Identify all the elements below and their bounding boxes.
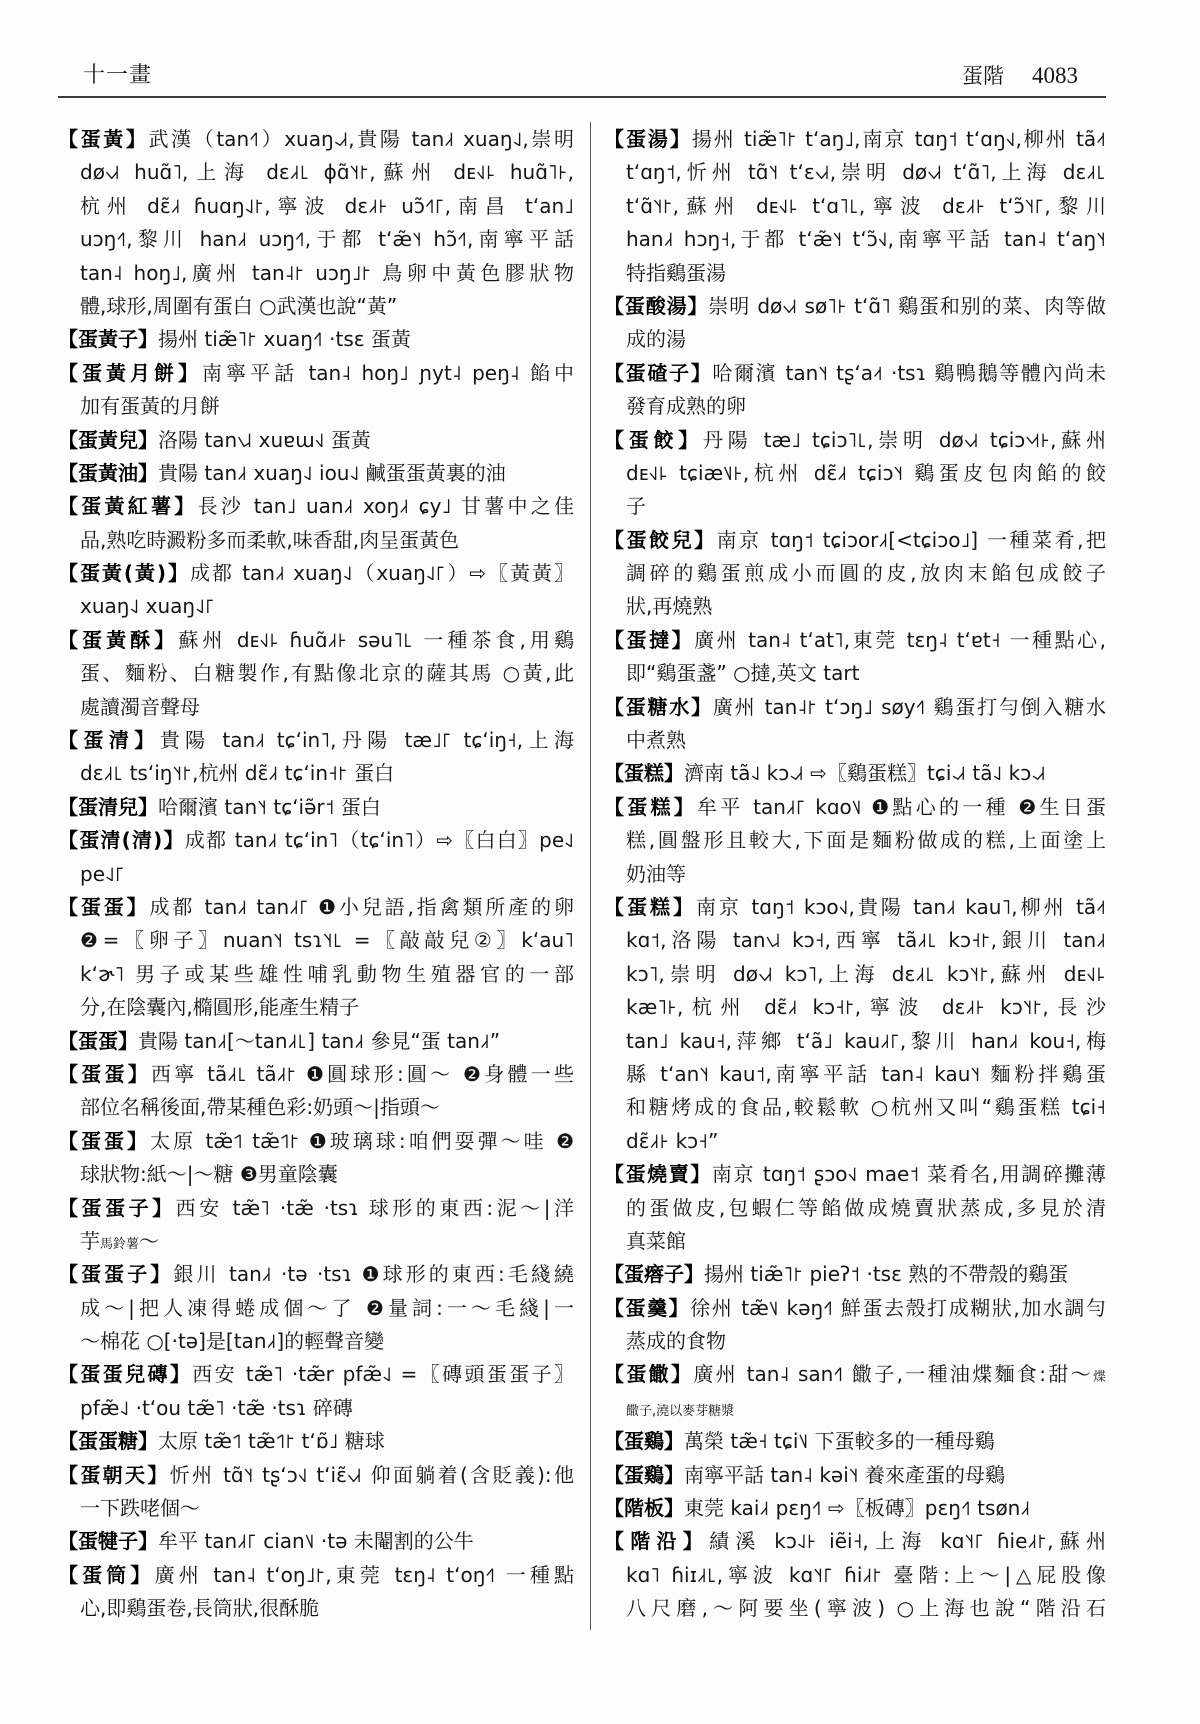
entry-line: 的蛋做皮,包蝦仁等餡做成燒賣狀蒸成,多見於清	[604, 1192, 1106, 1225]
entry-line: 【蛋餃兒】南京 tɑŋ˦ tɕiɔor˩˧[<tɕiɔo˩] 一種菜肴,把	[604, 524, 1106, 557]
entry-headword: 【蛋糖水】	[604, 695, 713, 719]
dictionary-entry: 【蛋鷄】南寧平話 tan˨ kəi˥˧ 養來產蛋的母鷄	[604, 1459, 1106, 1492]
entry-line: 球狀物:紙～|～糖 ❸男童陰囊	[58, 1158, 574, 1191]
entry-line: 【蛋蛋】太原 tæ̃˦˥ tæ̃˦˥꜓ ❶玻璃球:咱們耍彈～哇 ❷	[58, 1125, 574, 1158]
entry-line: 杭州 dɛ̃˩˧ ɦuɑŋ˨˩꜓,寧波 dɛ˩˧꜔ uɔ̃˧˥꜒,南昌 tʻan…	[58, 190, 574, 223]
entry-headword: 【階板】	[604, 1496, 684, 1520]
dictionary-entry: 【蛋饊】廣州 tan˨ san˧˥ 饊子,一種油煠麵食:甜～煠 饊子,澆以麥芽糖…	[604, 1358, 1106, 1425]
entry-text: 蘇州 dᴇ˧˩꜕ ɦuɑ̃˩˧꜔ səu˥꜖ 一種茶食,用鷄	[178, 628, 574, 652]
dictionary-entry: 【蛋黃紅薯】長沙 tan˩ uan˩˧ xoŋ˩˧ ɕy˩ 甘薯中之佳 品,熟吃…	[58, 490, 574, 557]
entry-headword: 【蛋清兒】	[58, 795, 158, 819]
entry-line: 【蛋蛋】貴陽 tan˩˧[～tan˩˧꜖] tan˩˧ 參見“蛋 tan˩˧”	[58, 1025, 574, 1058]
entry-line: pfæ̃˨˩ ·tʻou tæ̃˥ ·tæ̃ ·tsɿ 碎磚	[58, 1392, 574, 1425]
entry-line: dᴇ˧˩꜕ tɕiæ˥˩꜔,杭州 dɛ̃˩˧ tɕiɔ˥˧ 鷄蛋皮包肉餡的餃	[604, 457, 1106, 490]
entry-text: 廣州 tan˨ tʻat˥,東莞 tɛŋ˨ tʻɐt˧ 一種點心,	[694, 628, 1106, 652]
entry-line: 【蛋清】貴陽 tan˩˧ tɕʻin˥,丹陽 tæ˩꜒ tɕʻiŋ˧,上海	[58, 724, 574, 757]
dictionary-entry: 【蛋蛋子】西安 tæ̃˥ ·tæ̃ ·tsɿ 球形的東西:泥～|洋 芋馬鈴薯～	[58, 1192, 574, 1259]
entry-headword: 【蛋𤺥子】	[604, 1262, 704, 1286]
dictionary-entry: 【蛋碴子】哈爾濱 tan˥˧ tʂʻa˨˦ ·tsɿ 鷄鴨鵝等體內尚未 發育成熟…	[604, 357, 1106, 424]
dictionary-entry: 【蛋黃月餅】南寧平話 tan˨ hoŋ˩ ɲyt˨ peŋ˨ 餡中 加有蛋黃的月…	[58, 357, 574, 424]
entry-text: 廣州 tan˨꜓ tʻɔŋ˩ søy˧˥ 鷄蛋打勻倒入糖水	[713, 695, 1106, 719]
entry-headword: 【蛋黃酥】	[58, 628, 178, 652]
entry-line: 即“鷄蛋盞” ○撻,英文 tart	[604, 657, 1106, 690]
entry-line: dɛ̃˩˧꜔ kɔ˧”	[604, 1125, 1106, 1158]
dictionary-entry: 【蛋黃兒】洛陽 tan˦˩˨ xuɐɯ˧˩ 蛋黃	[58, 424, 574, 457]
entry-line: 特指鷄蛋湯	[604, 257, 1106, 290]
entry-headword: 【蛋蛋子】	[58, 1196, 176, 1220]
entry-line: 【蛋蛋】成都 tan˩˧ tan˩˧꜒ ❶小兒語,指禽類所產的卵	[58, 891, 574, 924]
entry-headword: 【蛋黃油】	[58, 461, 158, 485]
entry-text: 南京 tɑŋ˦ kɔo˧˩,貴陽 tan˩˧ kau˥,柳州 tã˨˦	[696, 895, 1106, 919]
entry-line: kɔ˥,崇明 dø˧˩˧ kɔ˥,上海 dɛ˩˧꜖ kɔ˥˧꜓,蘇州 dᴇ˧˩꜕	[604, 958, 1106, 991]
dictionary-entry: 【蛋黃子】揚州 tiæ̃˥꜓ xuaŋ˧˥ ·tsɛ 蛋黃	[58, 323, 574, 356]
entry-line: kæ˥꜔,杭州 dɛ̃˩˧ kɔ˧꜓,寧波 dɛ˩˧꜔ kɔ˥˧꜓,長沙	[604, 991, 1106, 1024]
entry-text: 萬榮 tæ̃˧ tɕi˥˩ 下蛋較多的一種母鷄	[684, 1429, 995, 1453]
entry-headword: 【蛋清】	[58, 728, 160, 752]
entry-headword: 【蛋黃子】	[58, 327, 158, 351]
entry-headword: 【蛋黃紅薯】	[58, 494, 198, 518]
entry-headword: 【蛋糕】	[604, 895, 696, 919]
entry-line: 品,熟吃時澱粉多而柔軟,味香甜,肉呈蛋黃色	[58, 524, 574, 557]
entry-text: 貴陽 tan˩˧ xuaŋ˨˩ iou˨˩ 鹹蛋蛋黃裏的油	[158, 461, 506, 485]
entry-headword: 【蛋饊】	[604, 1362, 693, 1386]
entry-headword: 【階沿】	[604, 1529, 709, 1553]
entry-text: 貴陽 tan˩˧[～tan˩˧꜖] tan˩˧ 參見“蛋 tan˩˧”	[138, 1029, 500, 1053]
entry-text: 西寧 tã˩˧꜖ tã˩˧꜓ ❶圓球形:圓～ ❷身體一些	[151, 1062, 574, 1086]
dictionary-entry: 【蛋糖水】廣州 tan˨꜓ tʻɔŋ˩ søy˧˥ 鷄蛋打勻倒入糖水 中煮熟	[604, 691, 1106, 758]
entry-line: 【蛋筒】廣州 tan˨ tʻoŋ˩꜓,東莞 tɛŋ˨ tʻoŋ˧˥ 一種點	[58, 1559, 574, 1592]
entry-line: 芋馬鈴薯～	[58, 1225, 574, 1258]
entry-headword: 【蛋黃】	[58, 127, 148, 151]
dictionary-entry: 【蛋筒】廣州 tan˨ tʻoŋ˩꜓,東莞 tɛŋ˨ tʻoŋ˧˥ 一種點 心,…	[58, 1559, 574, 1626]
entry-line: 【蛋蛋子】西安 tæ̃˥ ·tæ̃ ·tsɿ 球形的東西:泥～|洋	[58, 1192, 574, 1225]
entry-line: 【蛋蛋子】銀川 tan˩˧ ·tə ·tsɿ ❶球形的東西:毛綫繞	[58, 1258, 574, 1291]
entry-line: 【蛋糕】南京 tɑŋ˦ kɔo˧˩,貴陽 tan˩˧ kau˥,柳州 tã˨˦	[604, 891, 1106, 924]
entry-headword: 【蛋蛋】	[58, 1062, 151, 1086]
entry-line: 【蛋酸湯】崇明 dø˧˩˧ sø˥꜔ tʻɑ̃˥ 鷄蛋和别的菜、肉等做	[604, 290, 1106, 323]
running-head-section: 十一畫	[83, 62, 152, 90]
entry-headword: 【蛋鷄】	[604, 1429, 684, 1453]
entry-headword: 【蛋蛋兒磚】	[58, 1362, 192, 1386]
gloss-note: 饊子,澆以麥芽糖漿	[626, 1404, 734, 1419]
dictionary-entry: 【蛋餃兒】南京 tɑŋ˦ tɕiɔor˩˧[<tɕiɔo˩] 一種菜肴,把 調碎…	[604, 524, 1106, 624]
header-rule	[58, 96, 1106, 98]
dictionary-entry: 【蛋湯】揚州 tiæ̃˥꜓ tʻaŋ˩,南京 tɑŋ˦ tʻɑŋ˧˩,柳州 tã…	[604, 123, 1106, 290]
entry-line: 加有蛋黃的月餅	[58, 390, 574, 423]
dictionary-entry: 【蛋蛋】成都 tan˩˧ tan˩˧꜒ ❶小兒語,指禽類所產的卵 ❷=〖卵子〗n…	[58, 891, 574, 1025]
entry-headword: 【蛋撻】	[604, 628, 694, 652]
dictionary-entry: 【蛋黃酥】蘇州 dᴇ˧˩꜕ ɦuɑ̃˩˧꜔ səu˥꜖ 一種茶食,用鷄 蛋、麵粉…	[58, 624, 574, 724]
entry-line: uɔŋ˧˥,黎川 han˩˧ uɔŋ˧˥,于都 tʻæ̃˥˧ hɔ̃˧˥,南寧平…	[58, 223, 574, 256]
entry-headword: 【蛋黃(黃)】	[58, 561, 190, 585]
entry-text: 廣州 tan˨ san˧˥ 饊子,一種油煠麵食:甜～	[693, 1362, 1093, 1386]
dictionary-entry: 【蛋糕】南京 tɑŋ˦ kɔo˧˩,貴陽 tan˩˧ kau˥,柳州 tã˨˦ …	[604, 891, 1106, 1158]
entry-text: 西安 tæ̃˥ ·tæ̃r pfæ̃˨˩ =〖磚頭蛋蛋子〗	[192, 1362, 574, 1386]
entry-line: ～棉花 ○[·tə]是[tan˩˧]的輕聲音變	[58, 1325, 574, 1358]
entry-text: 太原 tæ̃˦˥ tæ̃˦˥꜓ ❶玻璃球:咱們耍彈～哇 ❷	[150, 1129, 574, 1153]
dictionary-entry: 【蛋糕】牟平 tan˩˧꜒ kɑo˥˩ ❶點心的一種 ❷生日蛋 糕,圓盤形且較大…	[604, 791, 1106, 891]
entry-line: tan˩ kau˧,萍鄉 tʻã˩ kau˩˧꜒,黎川 han˩˧ kou˧,梅	[604, 1025, 1106, 1058]
entry-headword: 【蛋碴子】	[604, 361, 712, 385]
entry-line: dø˧˩˧ huɑ̃˥,上海 dɛ˩˧꜖ ɸɑ̃˥˧꜓,蘇州 dᴇ˧˩꜕ huɑ…	[58, 156, 574, 189]
entry-line: 【蛋蛋】西寧 tã˩˧꜖ tã˩˧꜓ ❶圓球形:圓～ ❷身體一些	[58, 1058, 574, 1091]
running-head-right: 蛋階4083	[962, 62, 1078, 90]
dictionary-entry: 【蛋撻】廣州 tan˨ tʻat˥,東莞 tɛŋ˨ tʻɐt˧ 一種點心, 即“…	[604, 624, 1106, 691]
entry-headword: 【蛋餃兒】	[604, 528, 717, 552]
entry-text: 揚州 tiæ̃˥꜓ xuaŋ˧˥ ·tsɛ 蛋黃	[158, 327, 411, 351]
dictionary-entry: 【蛋清】貴陽 tan˩˧ tɕʻin˥,丹陽 tæ˩꜒ tɕʻiŋ˧,上海 dɛ…	[58, 724, 574, 791]
dictionary-page: 十一畫 蛋階4083 【蛋黃】武漢（tan˧˥）xuaŋ˨˩˧,貴陽 tan˩˧…	[0, 0, 1200, 1724]
entry-headword: 【蛋糕】	[604, 761, 684, 785]
entry-line: 【蛋清兒】哈爾濱 tan˥˧ tɕʻiə̃r˦ 蛋白	[58, 791, 574, 824]
entry-line: 【蛋清(清)】成都 tan˩˧ tɕʻin˥（tɕʻin˥）⇨〖白白〗pe˨˩	[58, 824, 574, 857]
dictionary-entry: 【蛋黃】武漢（tan˧˥）xuaŋ˨˩˧,貴陽 tan˩˧ xuaŋ˨˩,崇明 …	[58, 123, 574, 323]
entry-headword: 【蛋蛋】	[58, 1029, 138, 1053]
entry-line: 【蛋湯】揚州 tiæ̃˥꜓ tʻaŋ˩,南京 tɑŋ˦ tʻɑŋ˧˩,柳州 tã…	[604, 123, 1106, 156]
entry-text: 崇明 dø˧˩˧ sø˥꜔ tʻɑ̃˥ 鷄蛋和别的菜、肉等做	[708, 294, 1106, 318]
dictionary-entry: 【蛋清兒】哈爾濱 tan˥˧ tɕʻiə̃r˦ 蛋白	[58, 791, 574, 824]
dictionary-entry: 【蛋糕】濟南 tã˨˩ kɔ˨˩˧ ⇨〖鷄蛋糕〗tɕi˨˩˧ tã˨˩ kɔ˨˩…	[604, 757, 1106, 790]
entry-line: 部位名稱後面,帶某種色彩:奶頭～|指頭～	[58, 1091, 574, 1124]
dictionary-entry: 【蛋清(清)】成都 tan˩˧ tɕʻin˥（tɕʻin˥）⇨〖白白〗pe˨˩ …	[58, 824, 574, 891]
dictionary-entry: 【蛋黃(黃)】成都 tan˩˧ xuaŋ˨˩（xuaŋ˨˩꜒）⇨〖黃黃〗 xua…	[58, 557, 574, 624]
entry-line: 子	[604, 490, 1106, 523]
entry-line: 【蛋餃】丹陽 tæ˩ tɕiɔ˥꜖,崇明 dø˧˩˧ tɕiɔ˦˨˦꜔,蘇州	[604, 424, 1106, 457]
entry-headword: 【蛋羹】	[604, 1296, 690, 1320]
entry-text: 成都 tan˩˧ tan˩˧꜒ ❶小兒語,指禽類所產的卵	[150, 895, 575, 919]
column-divider	[590, 122, 591, 1630]
entry-line: 【蛋𤺥子】揚州 tiæ̃˥꜓ pieʔ˦ ·tsɛ 熟的不帶殼的鷄蛋	[604, 1258, 1106, 1291]
entry-line: 【階板】東莞 kai˩˧ pɛŋ˧˥ ⇨〖板磚〗pɛŋ˧˥ tsøn˩˧	[604, 1492, 1106, 1525]
entry-line: 心,即鷄蛋卷,長筒狀,很酥脆	[58, 1592, 574, 1625]
entry-line: kɑ˦,洛陽 tan˦˩˨ kɔ˧,西寧 tã˩˧꜖ kɔ˧꜓,銀川 tan˩˧	[604, 924, 1106, 957]
entry-line: 饊子,澆以麥芽糖漿	[604, 1392, 1106, 1425]
entry-text: 東莞 kai˩˧ pɛŋ˧˥ ⇨〖板磚〗pɛŋ˧˥ tsøn˩˧	[684, 1496, 1030, 1520]
entry-line: 真菜館	[604, 1225, 1106, 1258]
entry-line: 【蛋黃酥】蘇州 dᴇ˧˩꜕ ɦuɑ̃˩˧꜔ səu˥꜖ 一種茶食,用鷄	[58, 624, 574, 657]
entry-text: 哈爾濱 tan˥˧ tʂʻa˨˦ ·tsɿ 鷄鴨鵝等體內尚未	[712, 361, 1106, 385]
entry-line: 【蛋黃】武漢（tan˧˥）xuaŋ˨˩˧,貴陽 tan˩˧ xuaŋ˨˩,崇明	[58, 123, 574, 156]
entry-line: 【蛋糕】牟平 tan˩˧꜒ kɑo˥˩ ❶點心的一種 ❷生日蛋	[604, 791, 1106, 824]
entry-headword: 【蛋蛋子】	[58, 1262, 173, 1286]
entry-line: 【蛋黃(黃)】成都 tan˩˧ xuaŋ˨˩（xuaŋ˨˩꜒）⇨〖黃黃〗	[58, 557, 574, 590]
entry-line: 【蛋羹】徐州 tæ̃˥˩ kəŋ˧˥ 鮮蛋去殼打成糊狀,加水調勻	[604, 1292, 1106, 1325]
entry-line: 縣 tʻan˥˧ kau˦,南寧平話 tan˨ kau˥˧ 麵粉拌鷄蛋	[604, 1058, 1106, 1091]
dictionary-entry: 【蛋𤺥子】揚州 tiæ̃˥꜓ pieʔ˦ ·tsɛ 熟的不帶殼的鷄蛋	[604, 1258, 1106, 1291]
entry-text: 西安 tæ̃˥ ·tæ̃ ·tsɿ 球形的東西:泥～|洋	[176, 1196, 574, 1220]
entry-line: 分,在陰囊內,橢圓形,能產生精子	[58, 991, 574, 1024]
entry-text: 芋	[80, 1229, 100, 1253]
entry-headword: 【蛋酸湯】	[604, 294, 708, 318]
entry-headword: 【蛋黃兒】	[58, 428, 158, 452]
entry-line: 處讀濁音聲母	[58, 691, 574, 724]
entry-line: 和糖烤成的食品,較鬆軟 ○杭州又叫“鷄蛋糕 tɕi˧	[604, 1091, 1106, 1124]
entry-text: 長沙 tan˩ uan˩˧ xoŋ˩˧ ɕy˩ 甘薯中之佳	[198, 494, 574, 518]
dictionary-entry: 【蛋蛋子】銀川 tan˩˧ ·tə ·tsɿ ❶球形的東西:毛綫繞 成～|把人凍…	[58, 1258, 574, 1358]
entry-line: xuaŋ˨˩ xuaŋ˨˩꜒	[58, 590, 574, 623]
entry-headword: 【蛋燒賣】	[604, 1162, 712, 1186]
left-column: 【蛋黃】武漢（tan˧˥）xuaŋ˨˩˧,貴陽 tan˩˧ xuaŋ˨˩,崇明 …	[58, 123, 574, 1626]
entry-line: 【蛋燒賣】南京 tɑŋ˦ ʂɔo˧˩ mae˦ 菜肴名,用調碎攤薄	[604, 1158, 1106, 1191]
entry-text: 哈爾濱 tan˥˧ tɕʻiə̃r˦ 蛋白	[158, 795, 381, 819]
entry-text: 濟南 tã˨˩ kɔ˨˩˧ ⇨〖鷄蛋糕〗tɕi˨˩˧ tã˨˩ kɔ˨˩˧	[684, 761, 1046, 785]
entry-text: 成都 tan˩˧ xuaŋ˨˩（xuaŋ˨˩꜒）⇨〖黃黃〗	[190, 561, 574, 585]
entry-line: 【階沿】績溪 kɔ˨˩꜔ iẽi˧,上海 kɑ˥˧꜒ ɦie˩˧꜓,蘇州	[604, 1525, 1106, 1558]
entry-line: 奶油等	[604, 858, 1106, 891]
gloss-note: 煠	[1093, 1370, 1106, 1385]
entry-headword: 【蛋筒】	[58, 1563, 155, 1587]
entry-text: 徐州 tæ̃˥˩ kəŋ˧˥ 鮮蛋去殼打成糊狀,加水調勻	[690, 1296, 1106, 1320]
entry-line: 蛋、麵粉、白糖製作,有點像北京的薩其馬 ○黃,此	[58, 657, 574, 690]
entry-text: ～	[139, 1229, 159, 1253]
page-number: 4083	[1032, 63, 1078, 88]
entry-line: 【蛋鷄】南寧平話 tan˨ kəi˥˧ 養來產蛋的母鷄	[604, 1459, 1106, 1492]
dictionary-entry: 【蛋鷄】萬榮 tæ̃˧ tɕi˥˩ 下蛋較多的一種母鷄	[604, 1425, 1106, 1458]
entry-line: tʻɑ̃˥˧꜓,蘇州 dᴇ˧˩꜕ tʻɑ˥꜖,寧波 dɛ˩˧꜔ tʻɔ̃˥˧꜒,…	[604, 190, 1106, 223]
entry-text: 銀川 tan˩˧ ·tə ·tsɿ ❶球形的東西:毛綫繞	[173, 1262, 574, 1286]
dictionary-entry: 【蛋朝天】忻州 tɑ̃˥˧ tʂʻɔ˧˩ tʻiɛ̃˧˩˧ 仰面躺着(含貶義):…	[58, 1459, 574, 1526]
entry-line: 八尺磨,～阿要坐(寧波) ○上海也說“階沿石	[604, 1592, 1106, 1625]
entry-text: 牟平 tan˩˧꜒ kɑo˥˩ ❶點心的一種 ❷生日蛋	[697, 795, 1106, 819]
entry-text: 太原 tæ̃˦˥ tæ̃˦˥꜓ tʻɒ̃˩ 糖球	[158, 1429, 385, 1453]
entry-line: 【蛋黃月餅】南寧平話 tan˨ hoŋ˩ ɲyt˨ peŋ˨ 餡中	[58, 357, 574, 390]
entry-text: 揚州 tiæ̃˥꜓ pieʔ˦ ·tsɛ 熟的不帶殼的鷄蛋	[704, 1262, 1068, 1286]
right-column: 【蛋湯】揚州 tiæ̃˥꜓ tʻaŋ˩,南京 tɑŋ˦ tʻɑŋ˧˩,柳州 tã…	[604, 123, 1106, 1626]
entry-line: 調碎的鷄蛋煎成小而圓的皮,放肉末餡包成餃子	[604, 557, 1106, 590]
entry-line: tʻɑŋ˦,忻州 tɑ̃˥˧ tʻɛ˧˩˧,崇明 dø˧˩˧ tʻɑ̃˥,上海 …	[604, 156, 1106, 189]
entry-line: ❷=〖卵子〗nuan˥˧ tsɿ˥˧꜖ =〖敲敲兒②〗kʻau˥	[58, 924, 574, 957]
entry-headword: 【蛋蛋】	[58, 895, 150, 919]
entry-text: 忻州 tɑ̃˥˧ tʂʻɔ˧˩ tʻiɛ̃˧˩˧ 仰面躺着(含貶義):他	[170, 1463, 574, 1487]
entry-line: dɛ˩˧꜖ tsʻiŋ˥˧꜓,杭州 dɛ̃˩˧ tɕʻin˧꜓ 蛋白	[58, 757, 574, 790]
entry-headword: 【蛋鷄】	[604, 1463, 684, 1487]
entry-headword: 【蛋湯】	[604, 127, 692, 151]
dictionary-entry: 【蛋犍子】牟平 tan˩˧꜒ cian˥˩ ·tə 未閹割的公牛	[58, 1525, 574, 1558]
entry-line: han˩˧ hɔŋ˧,于都 tʻæ̃˥˧ tʻɔ̃˧˩,南寧平話 tan˨ tʻ…	[604, 223, 1106, 256]
entry-line: 【蛋鷄】萬榮 tæ̃˧ tɕi˥˩ 下蛋較多的一種母鷄	[604, 1425, 1106, 1458]
entry-line: 【蛋蛋兒磚】西安 tæ̃˥ ·tæ̃r pfæ̃˨˩ =〖磚頭蛋蛋子〗	[58, 1358, 574, 1391]
entry-line: 【蛋黃油】貴陽 tan˩˧ xuaŋ˨˩ iou˨˩ 鹹蛋蛋黃裏的油	[58, 457, 574, 490]
dictionary-entry: 【蛋餃】丹陽 tæ˩ tɕiɔ˥꜖,崇明 dø˧˩˧ tɕiɔ˦˨˦꜔,蘇州 d…	[604, 424, 1106, 524]
dictionary-entry: 【階板】東莞 kai˩˧ pɛŋ˧˥ ⇨〖板磚〗pɛŋ˧˥ tsøn˩˧	[604, 1492, 1106, 1525]
entry-line: 【蛋撻】廣州 tan˨ tʻat˥,東莞 tɛŋ˨ tʻɐt˧ 一種點心,	[604, 624, 1106, 657]
entry-text: 洛陽 tan˦˩˨ xuɐɯ˧˩ 蛋黃	[158, 428, 371, 452]
entry-headword: 【蛋犍子】	[58, 1529, 158, 1553]
entry-line: 狀,再燒熟	[604, 590, 1106, 623]
entry-line: 成～|把人凍得蜷成個～了 ❷量詞:一～毛綫|一	[58, 1292, 574, 1325]
dictionary-entry: 【蛋羹】徐州 tæ̃˥˩ kəŋ˧˥ 鮮蛋去殼打成糊狀,加水調勻 蒸成的食物	[604, 1292, 1106, 1359]
entry-headword: 【蛋糕】	[604, 795, 697, 819]
entry-line: 【蛋碴子】哈爾濱 tan˥˧ tʂʻa˨˦ ·tsɿ 鷄鴨鵝等體內尚未	[604, 357, 1106, 390]
guide-characters: 蛋階	[962, 64, 1004, 88]
entry-text: 南寧平話 tan˨ hoŋ˩ ɲyt˨ peŋ˨ 餡中	[202, 361, 574, 385]
entry-headword: 【蛋蛋】	[58, 1129, 150, 1153]
entry-line: 蒸成的食物	[604, 1325, 1106, 1358]
entry-text: 南京 tɑŋ˦ ʂɔo˧˩ mae˦ 菜肴名,用調碎攤薄	[712, 1162, 1106, 1186]
dictionary-entry: 【蛋蛋糖】太原 tæ̃˦˥ tæ̃˦˥꜓ tʻɒ̃˩ 糖球	[58, 1425, 574, 1458]
entry-text: 南京 tɑŋ˦ tɕiɔor˩˧[<tɕiɔo˩] 一種菜肴,把	[717, 528, 1106, 552]
entry-text: 績溪 kɔ˨˩꜔ iẽi˧,上海 kɑ˥˧꜒ ɦie˩˧꜓,蘇州	[709, 1529, 1106, 1553]
entry-line: tan˨ hoŋ˩,廣州 tan˨꜓ uɔŋ˩꜓ 鳥卵中黃色膠狀物	[58, 257, 574, 290]
entry-headword: 【蛋餃】	[604, 428, 703, 452]
entry-line: pe˨˩꜒	[58, 858, 574, 891]
entry-line: 【蛋黃兒】洛陽 tan˦˩˨ xuɐɯ˧˩ 蛋黃	[58, 424, 574, 457]
entry-line: 【蛋犍子】牟平 tan˩˧꜒ cian˥˩ ·tə 未閹割的公牛	[58, 1525, 574, 1558]
entry-line: 體,球形,周圍有蛋白 ○武漢也說“黃”	[58, 290, 574, 323]
dictionary-entry: 【蛋酸湯】崇明 dø˧˩˧ sø˥꜔ tʻɑ̃˥ 鷄蛋和别的菜、肉等做 成的湯	[604, 290, 1106, 357]
entry-line: 成的湯	[604, 323, 1106, 356]
entry-line: 發育成熟的卵	[604, 390, 1106, 423]
entry-line: 一下跌咾個～	[58, 1492, 574, 1525]
entry-headword: 【蛋黃月餅】	[58, 361, 202, 385]
entry-line: 【蛋朝天】忻州 tɑ̃˥˧ tʂʻɔ˧˩ tʻiɛ̃˧˩˧ 仰面躺着(含貶義):…	[58, 1459, 574, 1492]
entry-line: 【蛋糕】濟南 tã˨˩ kɔ˨˩˧ ⇨〖鷄蛋糕〗tɕi˨˩˧ tã˨˩ kɔ˨˩…	[604, 757, 1106, 790]
entry-line: 【蛋黃子】揚州 tiæ̃˥꜓ xuaŋ˧˥ ·tsɛ 蛋黃	[58, 323, 574, 356]
entry-line: 糕,圓盤形且較大,下面是麵粉做成的糕,上面塗上	[604, 824, 1106, 857]
entry-text: 武漢（tan˧˥）xuaŋ˨˩˧,貴陽 tan˩˧ xuaŋ˨˩,崇明	[148, 127, 574, 151]
entry-text: 成都 tan˩˧ tɕʻin˥（tɕʻin˥）⇨〖白白〗pe˨˩	[185, 828, 574, 852]
dictionary-entry: 【蛋蛋】太原 tæ̃˦˥ tæ̃˦˥꜓ ❶玻璃球:咱們耍彈～哇 ❷ 球狀物:紙～…	[58, 1125, 574, 1192]
dictionary-entry: 【蛋黃油】貴陽 tan˩˧ xuaŋ˨˩ iou˨˩ 鹹蛋蛋黃裏的油	[58, 457, 574, 490]
entry-line: 中煮熟	[604, 724, 1106, 757]
dictionary-entry: 【蛋蛋】貴陽 tan˩˧[～tan˩˧꜖] tan˩˧ 參見“蛋 tan˩˧”	[58, 1025, 574, 1058]
entry-line: 【蛋饊】廣州 tan˨ san˧˥ 饊子,一種油煠麵食:甜～煠	[604, 1358, 1106, 1391]
entry-line: 【蛋糖水】廣州 tan˨꜓ tʻɔŋ˩ søy˧˥ 鷄蛋打勻倒入糖水	[604, 691, 1106, 724]
dictionary-entry: 【蛋蛋】西寧 tã˩˧꜖ tã˩˧꜓ ❶圓球形:圓～ ❷身體一些 部位名稱後面,…	[58, 1058, 574, 1125]
entry-text: 廣州 tan˨ tʻoŋ˩꜓,東莞 tɛŋ˨ tʻoŋ˧˥ 一種點	[155, 1563, 574, 1587]
dictionary-entry: 【蛋蛋兒磚】西安 tæ̃˥ ·tæ̃r pfæ̃˨˩ =〖磚頭蛋蛋子〗 pfæ̃…	[58, 1358, 574, 1425]
entry-line: kʻɚ˥ 男子或某些雄性哺乳動物生殖器官的一部	[58, 958, 574, 991]
gloss-note: 馬鈴薯	[100, 1237, 139, 1252]
dictionary-entry: 【蛋燒賣】南京 tɑŋ˦ ʂɔo˧˩ mae˦ 菜肴名,用調碎攤薄 的蛋做皮,包…	[604, 1158, 1106, 1258]
entry-text: 揚州 tiæ̃˥꜓ tʻaŋ˩,南京 tɑŋ˦ tʻɑŋ˧˩,柳州 tã˨˦	[692, 127, 1106, 151]
entry-text: 南寧平話 tan˨ kəi˥˧ 養來產蛋的母鷄	[684, 1463, 1005, 1487]
entry-line: kɑ˥ ɦiɪ˩˧꜖,寧波 kɑ˥˧꜒ ɦi˩˧꜓ 臺階:上～|△屁股像	[604, 1559, 1106, 1592]
entry-headword: 【蛋清(清)】	[58, 828, 185, 852]
entry-headword: 【蛋蛋糖】	[58, 1429, 158, 1453]
entry-line: 【蛋黃紅薯】長沙 tan˩ uan˩˧ xoŋ˩˧ ɕy˩ 甘薯中之佳	[58, 490, 574, 523]
entry-text: 牟平 tan˩˧꜒ cian˥˩ ·tə 未閹割的公牛	[158, 1529, 474, 1553]
entry-text: 貴陽 tan˩˧ tɕʻin˥,丹陽 tæ˩꜒ tɕʻiŋ˧,上海	[160, 728, 574, 752]
entry-text: 丹陽 tæ˩ tɕiɔ˥꜖,崇明 dø˧˩˧ tɕiɔ˦˨˦꜔,蘇州	[703, 428, 1106, 452]
entry-headword: 【蛋朝天】	[58, 1463, 170, 1487]
entry-line: 【蛋蛋糖】太原 tæ̃˦˥ tæ̃˦˥꜓ tʻɒ̃˩ 糖球	[58, 1425, 574, 1458]
dictionary-entry: 【階沿】績溪 kɔ˨˩꜔ iẽi˧,上海 kɑ˥˧꜒ ɦie˩˧꜓,蘇州 kɑ˥…	[604, 1525, 1106, 1625]
